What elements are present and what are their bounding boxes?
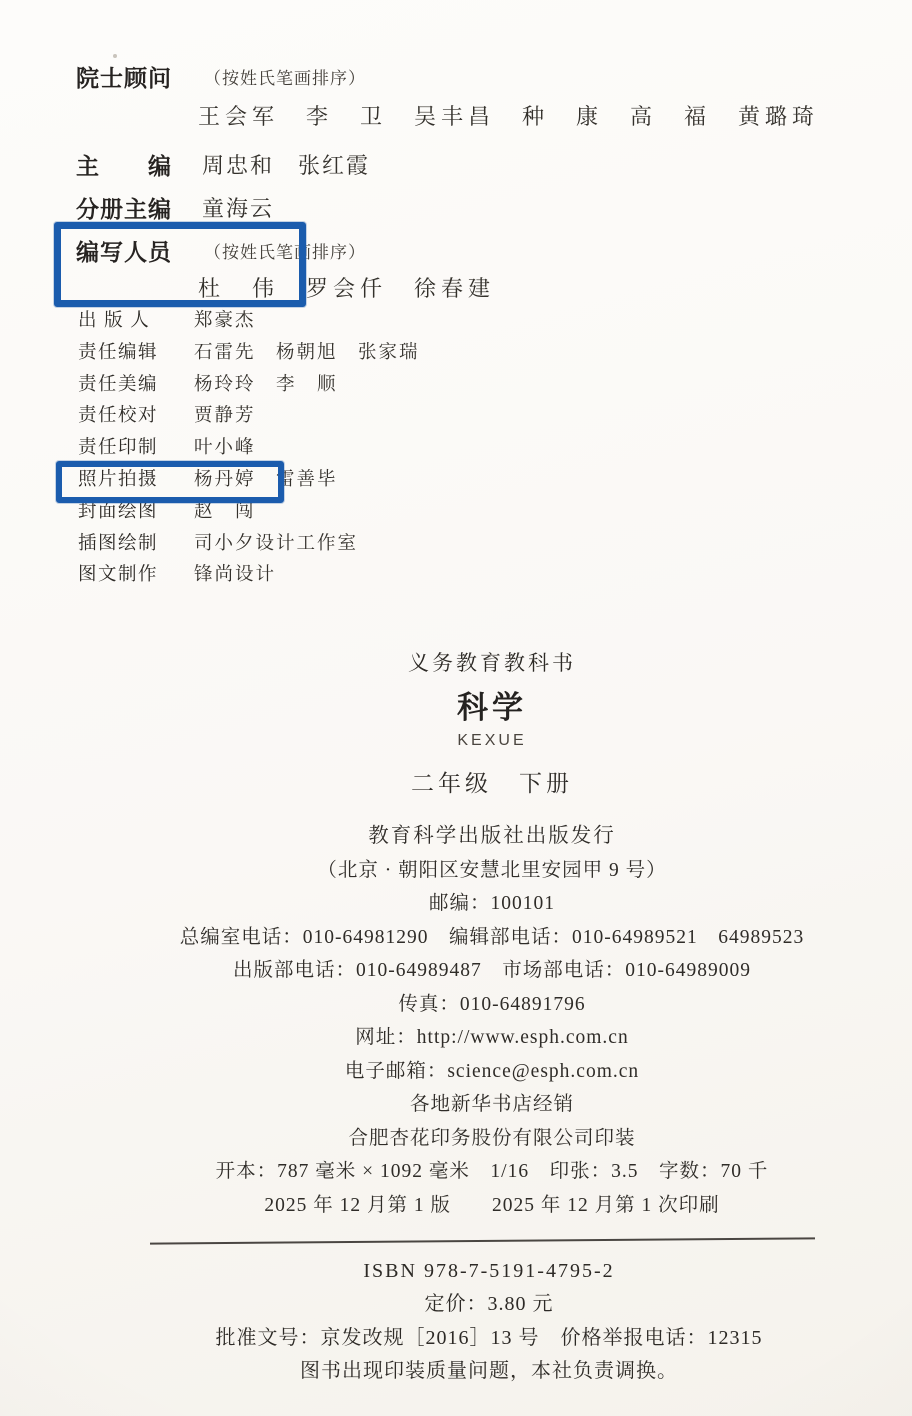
staff-label: 责任美编 <box>78 370 194 402</box>
staff-row-responsible-editor: 责任编辑石雷先 杨朝旭 张家瑞 <box>78 338 420 370</box>
phones-line-2: 出版部电话：010-64989487 市场部电话：010-64989009 <box>72 954 912 988</box>
chief-editor-label: 主 编 <box>76 148 198 181</box>
volume-chief-label: 分册主编 <box>76 191 198 224</box>
book-title: 科学 <box>72 686 912 730</box>
approval-line: 批准文号：京发改规［2016］13 号 价格举报电话：12315 <box>66 1322 912 1355</box>
distribution-line: 各地新华书店经销 <box>72 1088 912 1122</box>
footer-block: ISBN 978-7-5191-4795-2 定价：3.80 元 批准文号：京发… <box>0 1255 912 1389</box>
staff-row-art-editor: 责任美编杨玲玲 李 顺 <box>78 370 420 402</box>
chief-editor-names: 周忠和 张红霞 <box>202 153 370 178</box>
quality-notice-line: 图书出现印装质量问题，本社负责调换。 <box>66 1355 912 1388</box>
staff-credits: 出 版 人郑豪杰 责任编辑石雷先 杨朝旭 张家瑞 责任美编杨玲玲 李 顺 责任校… <box>78 306 420 592</box>
staff-row-publisher-person: 出 版 人郑豪杰 <box>78 306 420 338</box>
website-line: 网址：http://www.esph.com.cn <box>72 1021 912 1055</box>
staff-value: 郑豪杰 <box>194 311 256 331</box>
volume-chief-row: 分册主编 童海云 <box>76 191 274 224</box>
publisher-block: 教育科学出版社出版发行 （北京 · 朝阳区安慧北里安园甲 9 号） 邮编：100… <box>72 820 912 1222</box>
staff-value: 杨玲玲 李 顺 <box>194 375 338 395</box>
series-title: 义务教育教科书 <box>72 648 912 678</box>
colophon-page: 院士顾问 （按姓氏笔画排序） 王会军 李 卫 吴丰昌 种 康 高 福 黄璐琦 主… <box>0 0 912 1416</box>
postcode-line: 邮编：100101 <box>72 887 912 921</box>
isbn-line: ISBN 978-7-5191-4795-2 <box>66 1255 912 1288</box>
email-line: 电子邮箱：science@esph.com.cn <box>72 1055 912 1089</box>
footer-divider <box>150 1237 815 1244</box>
staff-value: 石雷先 杨朝旭 张家瑞 <box>194 343 420 363</box>
format-line: 开本：787 毫米 × 1092 毫米 1/16 印张：3.5 字数：70 千 <box>72 1155 912 1189</box>
staff-value: 贾静芳 <box>194 406 256 426</box>
staff-label: 责任编辑 <box>78 338 194 370</box>
advisors-names: 王会军 李 卫 吴丰昌 种 康 高 福 黄璐琦 <box>198 100 819 131</box>
fax-line: 传真：010-64891796 <box>72 988 912 1022</box>
staff-row-layout: 图文制作锋尚设计 <box>78 560 420 592</box>
staff-label: 插图绘制 <box>78 529 194 561</box>
advisors-label: 院士顾问 <box>76 60 198 93</box>
paper-speck <box>113 54 117 58</box>
staff-label: 出 版 人 <box>78 306 194 338</box>
staff-value: 叶小峰 <box>194 438 256 458</box>
staff-value: 司小夕设计工作室 <box>194 534 358 554</box>
staff-label: 责任校对 <box>78 401 194 433</box>
staff-label: 图文制作 <box>78 560 194 592</box>
imprint-block: 义务教育教科书 科学 KEXUE 二年级 下册 教育科学出版社出版发行 （北京 … <box>0 648 912 1222</box>
staff-row-illustration: 插图绘制司小夕设计工作室 <box>78 529 420 561</box>
chief-editor-row: 主 编 周忠和 张红霞 <box>76 148 370 181</box>
phones-line-1: 总编室电话：010-64981290 编辑部电话：010-64989521 64… <box>72 921 912 955</box>
staff-value: 锋尚设计 <box>194 565 276 585</box>
advisors-row: 院士顾问 （按姓氏笔画排序） <box>76 60 366 93</box>
printer-line: 合肥杏花印务股份有限公司印装 <box>72 1122 912 1156</box>
publisher-address: （北京 · 朝阳区安慧北里安园甲 9 号） <box>72 854 912 888</box>
staff-row-proofreader: 责任校对贾静芳 <box>78 401 420 433</box>
highlight-box-writers <box>54 222 306 307</box>
highlight-box-photography <box>56 461 284 503</box>
book-title-pinyin: KEXUE <box>72 730 912 752</box>
grade-volume: 二年级 下册 <box>72 768 912 800</box>
staff-value: 赵 闯 <box>194 502 256 522</box>
publishing-line: 教育科学出版社出版发行 <box>72 820 912 854</box>
price-line: 定价：3.80 元 <box>66 1288 912 1321</box>
edition-line: 2025 年 12 月第 1 版 2025 年 12 月第 1 次印刷 <box>72 1189 912 1223</box>
advisors-sort-note: （按姓氏笔画排序） <box>204 69 366 88</box>
volume-chief-names: 童海云 <box>202 196 274 221</box>
